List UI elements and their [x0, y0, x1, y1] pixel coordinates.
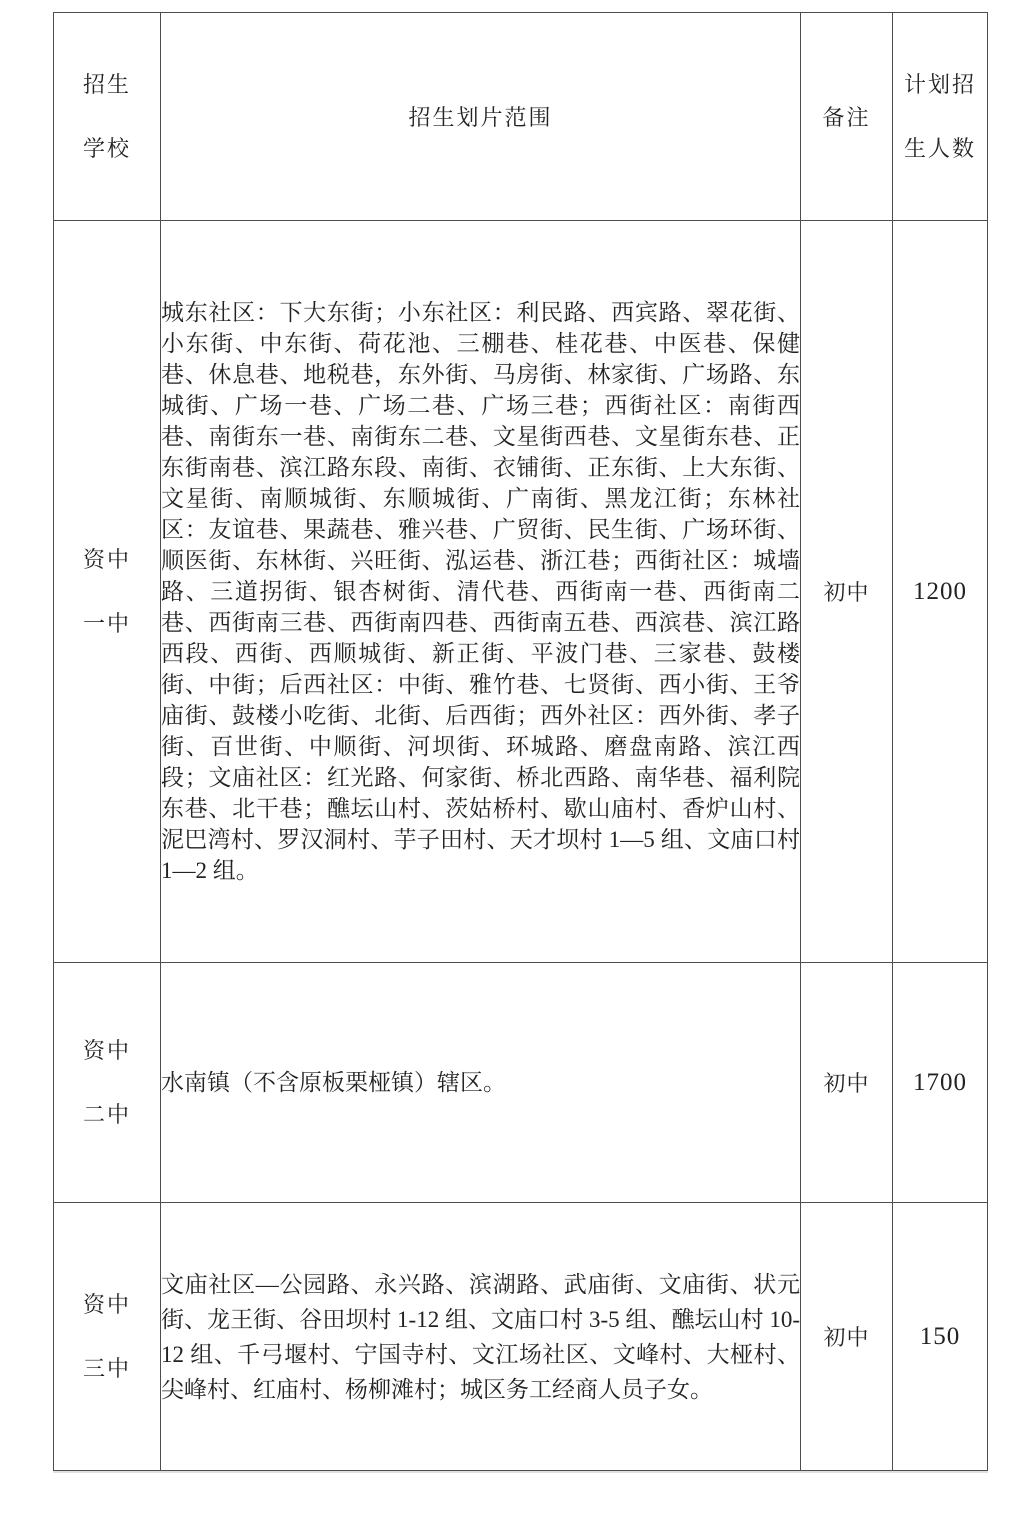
table-row: 资中 三中 文庙社区—公园路、永兴路、滨湖路、武庙街、文庙街、状元街、龙王街、谷…: [54, 1203, 988, 1471]
header-remark: 备注: [801, 13, 893, 221]
remark-cell: 初中: [801, 963, 893, 1203]
school-name-cell: 资中 二中: [54, 963, 161, 1203]
header-range: 招生划片范围: [161, 13, 801, 221]
school-name-line1: 资中: [54, 1019, 160, 1083]
school-name-cell: 资中 一中: [54, 221, 161, 963]
header-plan-line2: 生人数: [893, 117, 987, 181]
header-plan-line1: 计划招: [893, 53, 987, 117]
planned-enrollment-cell: 1700: [893, 963, 988, 1203]
remark-cell: 初中: [801, 1203, 893, 1471]
table-row: 资中 二中 水南镇（不含原板栗桠镇）辖区。 初中 1700: [54, 963, 988, 1203]
header-school-line2: 学校: [54, 117, 160, 181]
district-range-cell: 文庙社区—公园路、永兴路、滨湖路、武庙街、文庙街、状元街、龙王街、谷田坝村 1-…: [161, 1203, 801, 1471]
table-row: 资中 一中 城东社区：下大东街；小东社区：利民路、西宾路、翠花街、小东街、中东街…: [54, 221, 988, 963]
school-name-line1: 资中: [54, 528, 160, 592]
header-school-line1: 招生: [54, 53, 160, 117]
district-range-cell: 城东社区：下大东街；小东社区：利民路、西宾路、翠花街、小东街、中东街、荷花池、三…: [161, 221, 801, 963]
district-range-cell: 水南镇（不含原板栗桠镇）辖区。: [161, 963, 801, 1203]
enrollment-table: 招生 学校 招生划片范围 备注 计划招 生人数 资中 一中 城东社区：下大东街；…: [53, 12, 988, 1471]
planned-enrollment-cell: 150: [893, 1203, 988, 1471]
header-school: 招生 学校: [54, 13, 161, 221]
school-name-line2: 三中: [54, 1337, 160, 1401]
school-name-line2: 二中: [54, 1083, 160, 1147]
school-name-line1: 资中: [54, 1273, 160, 1337]
school-name-cell: 资中 三中: [54, 1203, 161, 1471]
remark-cell: 初中: [801, 221, 893, 963]
planned-enrollment-cell: 1200: [893, 221, 988, 963]
school-name-line2: 一中: [54, 592, 160, 656]
header-plan: 计划招 生人数: [893, 13, 988, 221]
table-header-row: 招生 学校 招生划片范围 备注 计划招 生人数: [54, 13, 988, 221]
document-page: 招生 学校 招生划片范围 备注 计划招 生人数 资中 一中 城东社区：下大东街；…: [0, 0, 1021, 1513]
